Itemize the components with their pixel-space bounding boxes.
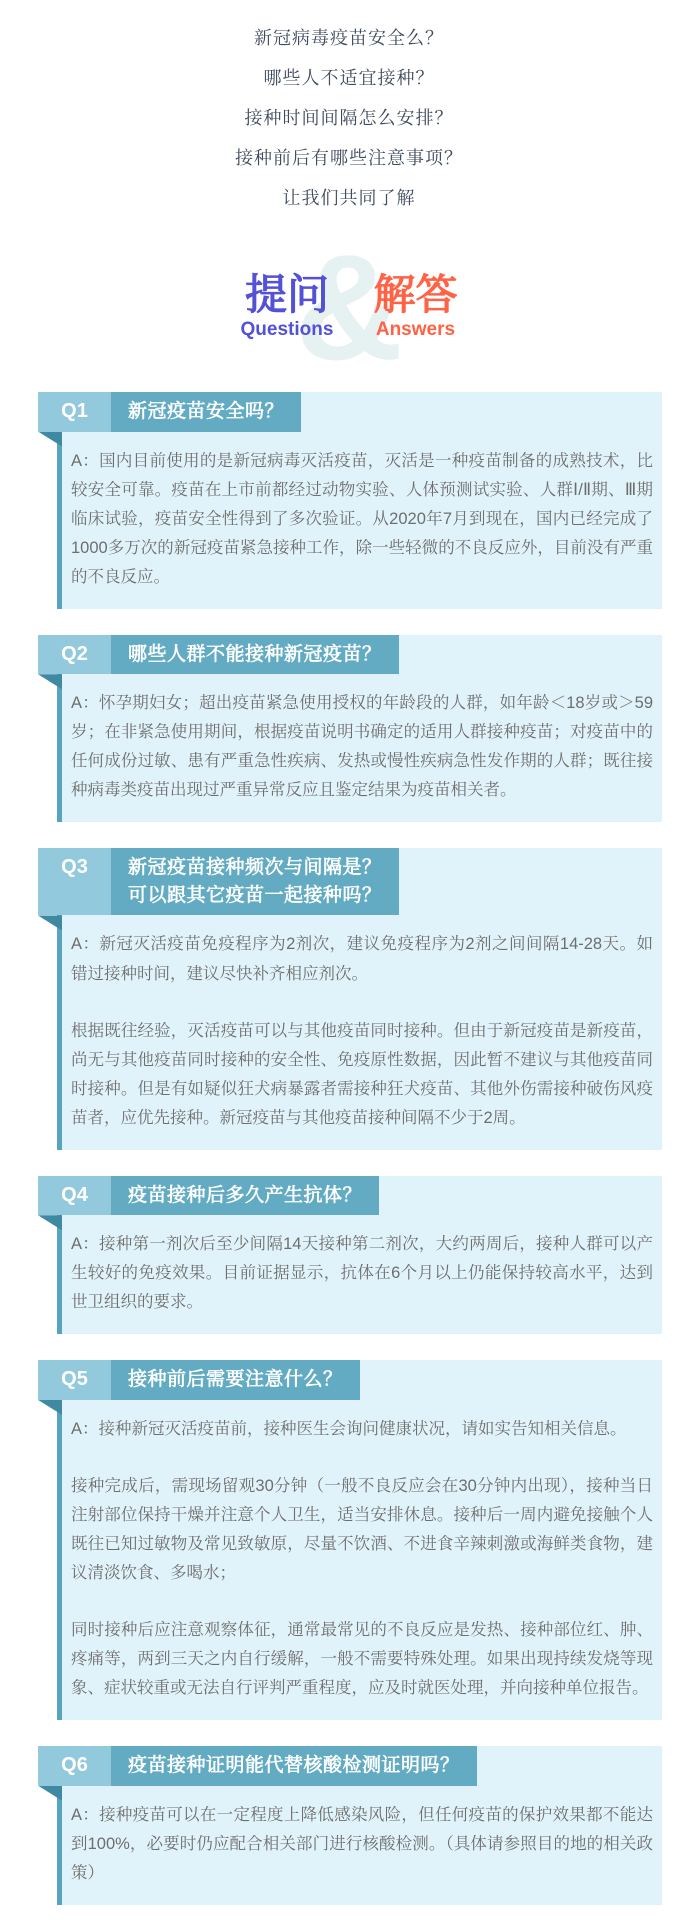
- ribbon-fold: [38, 1786, 62, 1801]
- intro-line: 哪些人不适宜接种？: [0, 58, 698, 98]
- qa-block-q4: Q4 疫苗接种后多久产生抗体？ A：接种第一剂次后至少间隔14天接种第二剂次，大…: [57, 1176, 662, 1335]
- qa-header: Q1 新冠疫苗安全吗？: [38, 392, 301, 432]
- qa-header: Q2 哪些人群不能接种新冠疫苗？: [38, 635, 399, 675]
- answer-body: A：国内目前使用的是新冠病毒灭活疫苗，灭活是一种疫苗制备的成熟技术，比较安全可靠…: [62, 432, 662, 609]
- question-title-line: 可以跟其它疫苗一起接种吗？: [128, 882, 382, 910]
- answer-body: A：接种疫苗可以在一定程度上降低感染风险，但任何疫苗的保护效果都不能达到100%…: [62, 1786, 662, 1905]
- questions-answers-header: & 提问 Questions 解答 Answers: [0, 246, 698, 358]
- intro-section: 新冠病毒疫苗安全么？ 哪些人不适宜接种？ 接种时间间隔怎么安排？ 接种前后有哪些…: [0, 0, 698, 218]
- ribbon-fold: [38, 432, 62, 447]
- qa-header: Q3 新冠疫苗接种频次与间隔是？ 可以跟其它疫苗一起接种吗？: [38, 848, 399, 915]
- question-title: 接种前后需要注意什么？: [111, 1360, 360, 1400]
- answer-paragraph: A：接种疫苗可以在一定程度上降低感染风险，但任何疫苗的保护效果都不能达到100%…: [71, 1801, 653, 1888]
- qa-block-q6: Q6 疫苗接种证明能代替核酸检测证明吗？ A：接种疫苗可以在一定程度上降低感染风…: [57, 1746, 662, 1905]
- answer-paragraph: A：接种第一剂次后至少间隔14天接种第二剂次，大约两周后，接种人群可以产生较好的…: [71, 1230, 653, 1317]
- question-title: 疫苗接种后多久产生抗体？: [111, 1176, 379, 1216]
- question-title-line: 疫苗接种证明能代替核酸检测证明吗？: [128, 1752, 460, 1780]
- question-title-line: 疫苗接种后多久产生抗体？: [128, 1182, 362, 1210]
- answers-subtitle: Answers: [373, 319, 457, 341]
- answer-paragraph: 同时接种后应注意观察体征，通常最常见的不良反应是发热、接种部位红、肿、疼痛等，两…: [71, 1616, 653, 1703]
- qa-block-q2: Q2 哪些人群不能接种新冠疫苗？ A：怀孕期妇女；超出疫苗紧急使用授权的年龄段的…: [57, 635, 662, 823]
- question-title: 疫苗接种证明能代替核酸检测证明吗？: [111, 1746, 477, 1786]
- answer-body: A：新冠灭活疫苗免疫程序为2剂次，建议免疫程序为2剂之间间隔14-28天。如错过…: [62, 915, 662, 1149]
- lockup-row: 提问 Questions 解答 Answers: [0, 246, 698, 341]
- question-title-line: 接种前后需要注意什么？: [128, 1366, 343, 1394]
- answer-body: A：接种新冠灭活疫苗前，接种医生会询问健康状况，请如实告知相关信息。 接种完成后…: [62, 1400, 662, 1720]
- question-title-line: 哪些人群不能接种新冠疫苗？: [128, 641, 382, 669]
- intro-line: 让我们共同了解: [0, 178, 698, 218]
- qa-block-q1: Q1 新冠疫苗安全吗？ A：国内目前使用的是新冠病毒灭活疫苗，灭活是一种疫苗制备…: [57, 392, 662, 609]
- question-number-badge: Q2: [38, 635, 111, 675]
- answer-paragraph: A：接种新冠灭活疫苗前，接种医生会询问健康状况，请如实告知相关信息。: [71, 1415, 653, 1444]
- question-title-line: 新冠疫苗安全吗？: [128, 398, 284, 426]
- qa-header: Q6 疫苗接种证明能代替核酸检测证明吗？: [38, 1746, 477, 1786]
- question-title: 新冠疫苗安全吗？: [111, 392, 301, 432]
- qa-block-q3: Q3 新冠疫苗接种频次与间隔是？ 可以跟其它疫苗一起接种吗？ A：新冠灭活疫苗免…: [57, 848, 662, 1149]
- question-number-badge: Q5: [38, 1360, 111, 1400]
- question-number-badge: Q1: [38, 392, 111, 432]
- ribbon-fold: [38, 1400, 62, 1415]
- qa-list: Q1 新冠疫苗安全吗？ A：国内目前使用的是新冠病毒灭活疫苗，灭活是一种疫苗制备…: [0, 392, 698, 1905]
- questions-subtitle: Questions: [241, 319, 334, 341]
- intro-line: 新冠病毒疫苗安全么？: [0, 18, 698, 58]
- question-number-badge: Q6: [38, 1746, 111, 1786]
- qa-header: Q5 接种前后需要注意什么？: [38, 1360, 360, 1400]
- vaccine-qa-poster: 新冠病毒疫苗安全么？ 哪些人不适宜接种？ 接种时间间隔怎么安排？ 接种前后有哪些…: [0, 0, 698, 1931]
- answer-paragraph: A：怀孕期妇女；超出疫苗紧急使用授权的年龄段的人群，如年龄＜18岁或＞59岁；在…: [71, 689, 653, 805]
- intro-line: 接种时间间隔怎么安排？: [0, 98, 698, 138]
- intro-line: 接种前后有哪些注意事项？: [0, 138, 698, 178]
- answers-title: 解答: [373, 272, 457, 318]
- question-title: 哪些人群不能接种新冠疫苗？: [111, 635, 399, 675]
- question-number-badge: Q3: [38, 848, 111, 915]
- questions-title: 提问: [241, 272, 334, 318]
- qa-header: Q4 疫苗接种后多久产生抗体？: [38, 1176, 379, 1216]
- question-title: 新冠疫苗接种频次与间隔是？ 可以跟其它疫苗一起接种吗？: [111, 848, 399, 915]
- questions-lockup: 提问 Questions: [241, 272, 334, 341]
- ribbon-fold: [38, 915, 62, 930]
- answer-body: A：接种第一剂次后至少间隔14天接种第二剂次，大约两周后，接种人群可以产生较好的…: [62, 1215, 662, 1334]
- ribbon-fold: [38, 1215, 62, 1230]
- ribbon-fold: [38, 674, 62, 689]
- question-number-badge: Q4: [38, 1176, 111, 1216]
- answer-paragraph: A：国内目前使用的是新冠病毒灭活疫苗，灭活是一种疫苗制备的成熟技术，比较安全可靠…: [71, 447, 653, 592]
- answer-paragraph: 接种完成后，需现场留观30分钟（一般不良反应会在30分钟内出现），接种当日注射部…: [71, 1472, 653, 1588]
- answer-body: A：怀孕期妇女；超出疫苗紧急使用授权的年龄段的人群，如年龄＜18岁或＞59岁；在…: [62, 674, 662, 822]
- qa-block-q5: Q5 接种前后需要注意什么？ A：接种新冠灭活疫苗前，接种医生会询问健康状况，请…: [57, 1360, 662, 1720]
- answers-lockup: 解答 Answers: [373, 272, 457, 341]
- question-title-line: 新冠疫苗接种频次与间隔是？: [128, 854, 382, 882]
- answer-paragraph: 根据既往经验，灭活疫苗可以与其他疫苗同时接种。但由于新冠疫苗是新疫苗，尚无与其他…: [71, 1017, 653, 1133]
- answer-paragraph: A：新冠灭活疫苗免疫程序为2剂次，建议免疫程序为2剂之间间隔14-28天。如错过…: [71, 930, 653, 988]
